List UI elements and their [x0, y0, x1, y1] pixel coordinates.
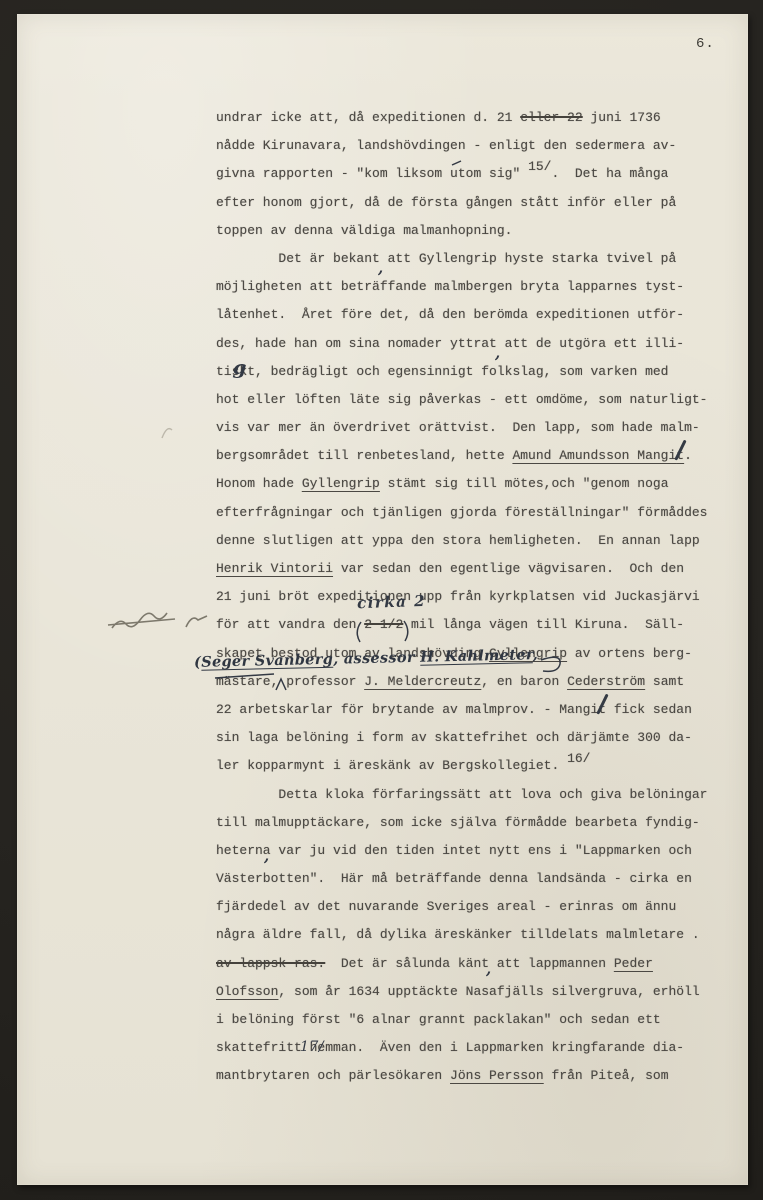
handwritten-cirka-2: cirka 2 — [357, 592, 427, 612]
typescript-line: av lappsk ras. Det är sålunda känt att l… — [216, 950, 736, 978]
typescript-line: Olofsson, som år 1634 upptäckte Nasafjäl… — [216, 978, 736, 1006]
insertion-trailing-comma: , — [532, 646, 538, 663]
typescript-line: des, hade han om sina nomader yttrat att… — [216, 330, 736, 358]
typescript-line: för att vandra den 2 1/2 mil långa vägen… — [216, 611, 736, 639]
typescript-line: tiskt, bedrägligt och egensinnigt folksl… — [216, 358, 736, 386]
typescript-line: toppen av denna väldiga malmanhopning. — [216, 217, 736, 245]
typescript-line: heterna var ju vid den tiden intet nytt … — [216, 837, 736, 865]
typescript-line: Henrik Vintorii var sedan den egentlige … — [216, 555, 736, 583]
typescript-line: hot eller löften läte sig påverkas - ett… — [216, 386, 736, 414]
typescript-line: Detta kloka förfaringssätt att lova och … — [216, 781, 736, 809]
typescript-line: i belöning först "6 alnar grannt packlak… — [216, 1006, 736, 1034]
typescript-line: efterfrågningar och tjänligen gjorda för… — [216, 499, 736, 527]
typescript-line: fjärdedel av det nuvarande Sveriges area… — [216, 893, 736, 921]
typescript-line: några äldre fall, då dylika äreskänker t… — [216, 921, 736, 949]
handwritten-comma: , — [264, 851, 269, 861]
typescript-line: mantbrytaren och pärlesökaren Jöns Perss… — [216, 1062, 736, 1090]
handwritten-comma: , — [378, 263, 383, 273]
typescript-line: låtenhet. Året före det, då den berömda … — [216, 301, 736, 329]
typescript-line: nådde Kirunavara, landshövdingen - enlig… — [216, 132, 736, 160]
typescript-line: Honom hade Gyllengrip stämt sig till möt… — [216, 470, 736, 498]
handwritten-comma: , — [486, 964, 491, 974]
typescript-line: ler kopparmynt i äreskänk av Bergskolleg… — [216, 752, 736, 780]
typescript-line: efter honom gjort, då de första gången s… — [216, 189, 736, 217]
typescript-line: vis var mer än överdrivet orättvist. Den… — [216, 414, 736, 442]
page-number: 6. — [696, 36, 715, 52]
typescript-line: Det är bekant att Gyllengrip hyste stark… — [216, 245, 736, 273]
handwritten-comma: , — [495, 348, 500, 358]
typescript-line: skattefritt hemman. Även den i Lappmarke… — [216, 1034, 736, 1062]
typescript-text: undrar icke att, då expeditionen d. 21 e… — [216, 104, 736, 1091]
typescript-line: undrar icke att, då expeditionen d. 21 e… — [216, 104, 736, 132]
typescript-line: till malmupptäckare, som icke själva för… — [216, 809, 736, 837]
typescript-line: mästare, professor J. Meldercreutz, en b… — [216, 668, 736, 696]
insertion-name-svanberg: Seger Svanberg — [201, 651, 333, 671]
typescript-line: sin laga belöning i form av skattefrihet… — [216, 724, 736, 752]
typescript-line: bergsområdet till renbetesland, hette Am… — [216, 442, 736, 470]
typescript-line: 22 arbetskarlar för brytande av malmprov… — [216, 696, 736, 724]
handwritten-g-correction: g — [232, 357, 247, 380]
typescript-line: 21 juni bröt expeditionen upp från kyrkp… — [216, 583, 736, 611]
typescript-line: Västerbotten". Här må beträffande denna … — [216, 865, 736, 893]
typescript-line: denne slutligen att yppa den stora hemli… — [216, 527, 736, 555]
typescript-line: möjligheten att beträffande malmbergen b… — [216, 273, 736, 301]
handwritten-footnote-17: 17/ — [300, 1039, 324, 1055]
insertion-name-kahlmeter: H. Kahlmeter — [420, 646, 533, 666]
typescript-line: givna rapporten - "kom liksom utom sig" … — [216, 160, 736, 188]
scanned-document: 6. undrar icke att, då expeditionen d. 2… — [0, 0, 763, 1200]
insertion-middle: , assessor — [333, 649, 420, 668]
